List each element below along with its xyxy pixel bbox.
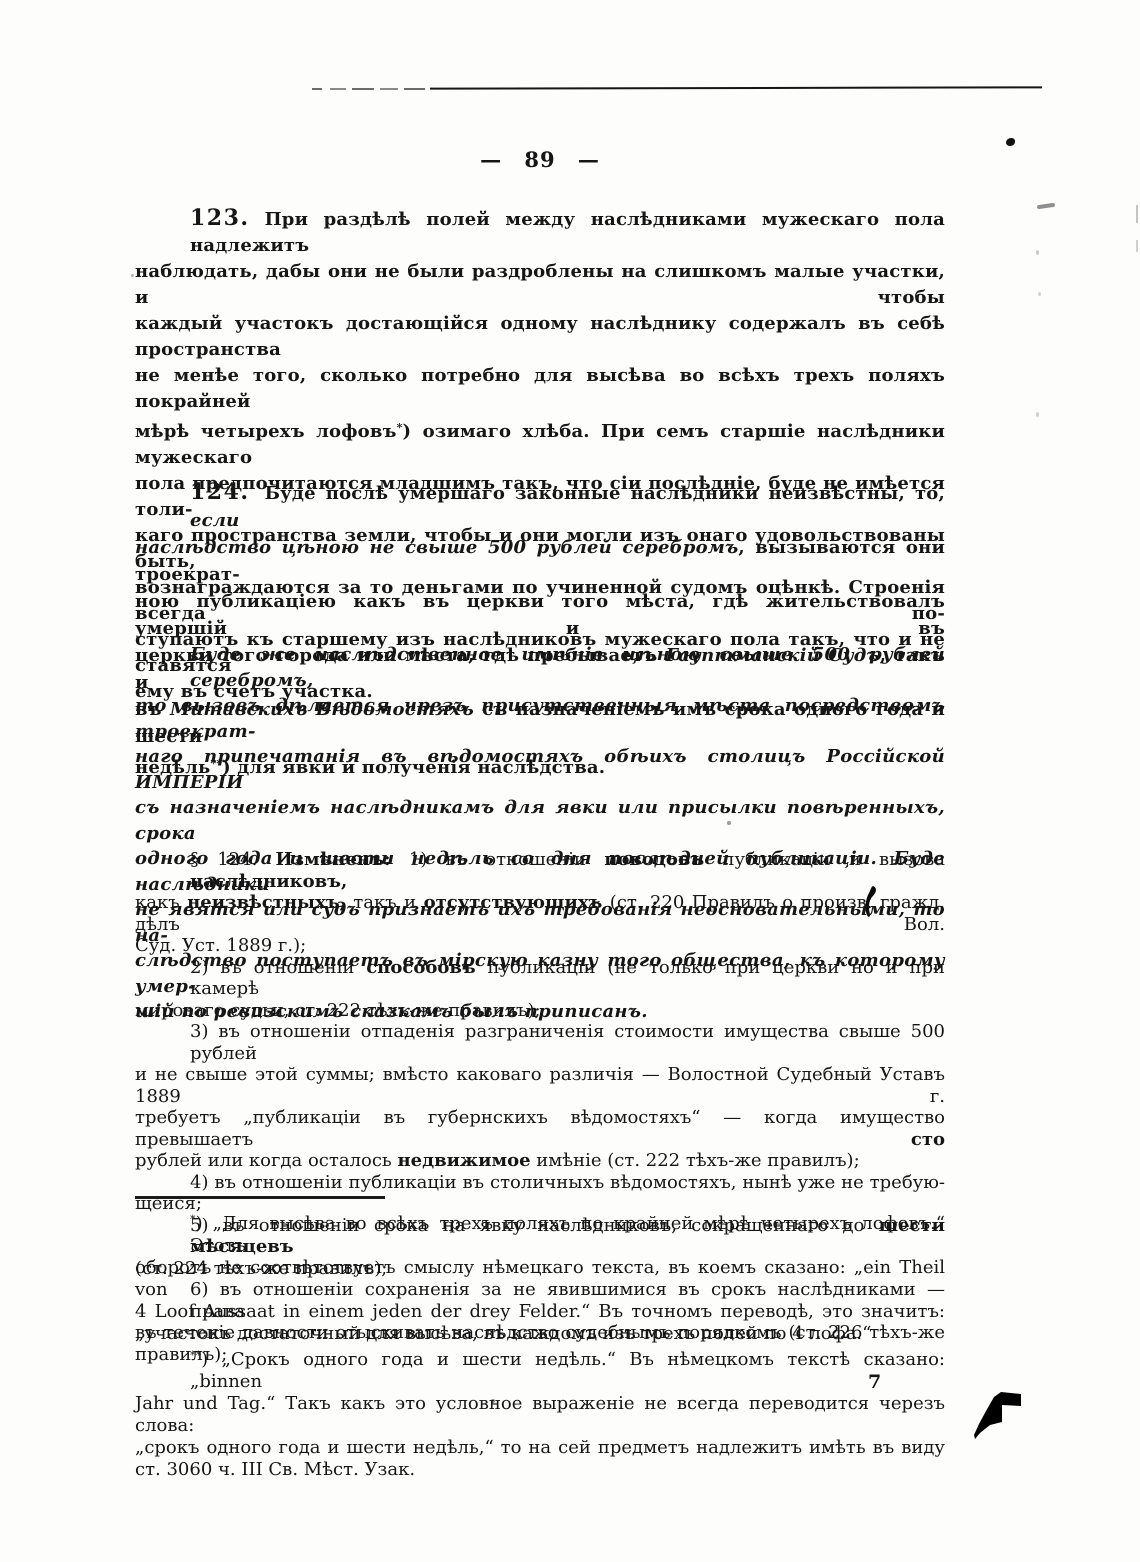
scan-fleck (1038, 292, 1041, 296)
scan-fleck (1036, 250, 1039, 255)
text-line: **) „Срокъ одного года и шести недѣль.“ … (135, 1345, 945, 1393)
text-line: то вызовъ дѣлается чрезъ присутственныя … (135, 693, 945, 744)
footnote-divider-rule (135, 1196, 385, 1199)
scan-artifact-dash (380, 88, 398, 90)
scan-fleck (1136, 205, 1138, 223)
text-line: какъ неизвѣстныхъ, такъ и отсутствующихъ… (135, 892, 945, 935)
torn-corner-artifact (973, 1391, 1025, 1443)
scan-artifact-line (430, 86, 1042, 89)
text-line: наслѣдство цѣною не свыше 500 рублей сер… (135, 534, 945, 588)
text-line: Суд. Уст. 1889 г.); (135, 935, 945, 957)
text-line: *) „Для высѣва во всѣхъ трехъ поляхъ по … (135, 1209, 945, 1257)
text-line: „участокъ достаточный для высѣва, въ каж… (135, 1323, 945, 1345)
scanned-book-page: — 89 — 123.При раздѣлѣ полей между наслѣ… (0, 0, 1140, 1562)
text-line: 4) въ отношеніи публикаціи въ столичныхъ… (135, 1172, 945, 1194)
scan-fleck (131, 274, 134, 277)
footnotes: *) „Для высѣва во всѣхъ трехъ поляхъ по … (135, 1209, 945, 1481)
text-line: каждый участокъ достающійся одному наслѣ… (135, 311, 945, 363)
text-line: 3) въ отношеніи отпаденія разграниченія … (135, 1021, 945, 1064)
scan-artifact-dash (404, 88, 425, 90)
text-line: 2) въ отношеніи способовъ публикаціи (не… (135, 957, 945, 1000)
text-line: наблюдать, дабы они не были раздроблены … (135, 259, 945, 311)
scan-artifact-dash (352, 88, 374, 90)
text-line: и не свыше этой суммы; вмѣсто каковаго р… (135, 1064, 945, 1107)
ink-spot-artifact (1037, 203, 1055, 209)
text-line: мироваго судьи, ст. 222 тѣхъ-же правилъ)… (135, 1000, 945, 1022)
ink-spot-artifact (1006, 138, 1015, 146)
text-line: съ назначеніемъ наслѣдникамъ для явки ил… (135, 795, 945, 846)
text-line: 124.Буде послѣ умершаго законные наслѣдн… (135, 479, 945, 534)
scan-artifact-dash (330, 88, 346, 90)
scan-fleck (1036, 412, 1039, 417)
text-line: требуетъ „публикаціи въ губернскихъ вѣдо… (135, 1107, 945, 1150)
text-line: оборотъ не соотвѣтствуетъ смыслу нѣмецка… (135, 1257, 945, 1301)
text-line: ст. 3060 ч. III Св. Мѣст. Узак. (135, 1459, 945, 1481)
text-line: 4 Loof Aussaat in einem jeden der drey F… (135, 1301, 945, 1323)
text-line: 123.При раздѣлѣ полей между наслѣдниками… (135, 205, 945, 259)
text-line: мѣрѣ четырехъ лофовъ*) озимаго хлѣба. Пр… (135, 415, 945, 471)
scan-fleck (1136, 240, 1138, 252)
text-line: не менѣе того, сколько потребно для высѣ… (135, 363, 945, 415)
text-line: Буде же наслѣдственное имѣніе цѣною свыш… (135, 642, 945, 693)
signature-number: 7 (868, 1371, 881, 1393)
page-number-header: — 89 — (135, 147, 945, 172)
text-line: наго припечатанія въ вѣдомостяхъ обѣихъ … (135, 744, 945, 795)
scan-artifact-dash (312, 88, 322, 90)
text-line: „срокъ одного года и шести недѣль,“ то н… (135, 1437, 945, 1459)
text-line: ною публикаціею какъ въ церкви того мѣст… (135, 588, 945, 642)
text-line: рублей или когда осталось недвижимое имѣ… (135, 1150, 945, 1172)
text-line: § 124. Измѣненъ: 1) въ отношеніи поводов… (135, 849, 945, 892)
text-line: Jahr und Tag.“ Такъ какъ это условное вы… (135, 1393, 945, 1437)
